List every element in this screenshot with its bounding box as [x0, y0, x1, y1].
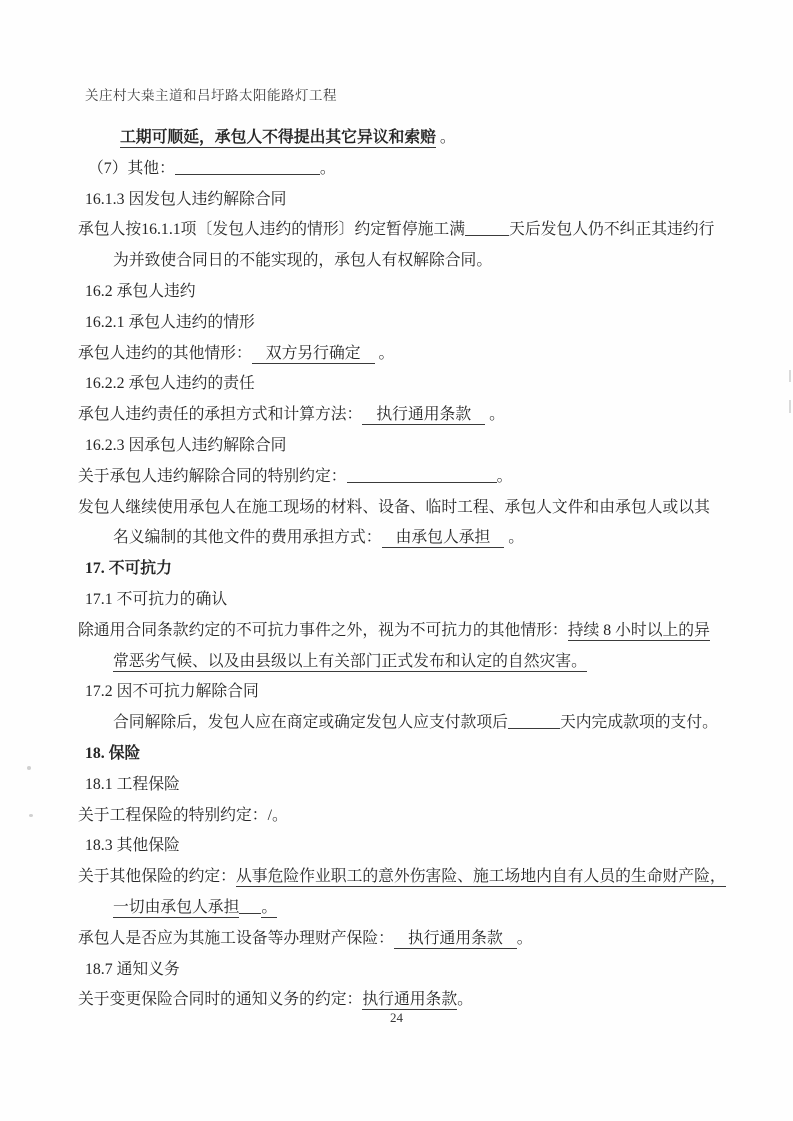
paragraph-line: 发包人继续使用承包人在施工现场的材料、设备、临时工程、承包人文件和由承包人或以其 [78, 493, 735, 524]
clause-heading: 16.2.2 承包人违约的责任 [85, 375, 255, 392]
paragraph-line: 名义编制的其他文件的费用承担方式：由承包人承担 。 [113, 523, 735, 554]
page-content: 关庄村大桒主道和吕圩路太阳能路灯工程 工期可顺延，承包人不得提出其它异议和索赔 … [78, 86, 735, 1016]
scan-speck [27, 766, 31, 770]
filled-value: 。 [261, 899, 277, 918]
scanned-contract-page: 关庄村大桒主道和吕圩路太阳能路灯工程 工期可顺延，承包人不得提出其它异议和索赔 … [0, 0, 793, 1121]
paragraph-line: 18.3 其他保险 [85, 831, 735, 862]
paragraph-line: 18.1 工程保险 [85, 770, 735, 801]
clause-text: 天后发包人仍不纠正其违约行 [509, 221, 714, 238]
clause-heading: 16.1.3 因发包人违约解除合同 [85, 191, 286, 208]
paragraph-line: 一切由承包人承担。 [113, 893, 735, 924]
clause-text: 。 [504, 529, 524, 546]
paragraph-line: 承包人按16.1.1项〔发包人违约的情形〕约定暂停施工满天后发包人仍不纠正其违约… [78, 215, 735, 246]
paragraph-line: （7）其他：。 [88, 154, 735, 185]
clause-text: 承包人违约的其他情形： [78, 345, 252, 362]
filled-value: 常恶劣气候、以及由县级以上有关部门正式发布和认定的自然灾害。 [113, 653, 587, 672]
paragraph-line: 16.2.2 承包人违约的责任 [85, 369, 735, 400]
clause-text: （7）其他： [88, 160, 175, 177]
clause-text: 。 [375, 345, 395, 362]
clause-text: 合同解除后，发包人应在商定或确定发包人应支付款项后 [113, 714, 508, 731]
scan-edge-artifact [789, 400, 791, 413]
paragraph-line: 工期可顺延，承包人不得提出其它异议和索赔 。 [120, 123, 735, 154]
clause-heading: 17.1 不可抗力的确认 [85, 591, 227, 608]
filled-value: 双方另行确定 [252, 345, 375, 364]
clause-text: 关于变更保险合同时的通知义务的约定： [78, 991, 362, 1008]
clause-text: 为并致使合同日的不能实现的，承包人有权解除合同。 [113, 252, 492, 269]
paragraph-line: 承包人违约的其他情形：双方另行确定 。 [78, 339, 735, 370]
clause-text: 关于承包人违约解除合同的特别约定： [78, 468, 347, 485]
paragraph-line: 16.2.1 承包人违约的情形 [85, 308, 735, 339]
page-number: 24 [0, 1010, 793, 1026]
filled-value: 一切由承包人承担 [113, 899, 239, 918]
paragraph-line: 18. 保险 [85, 739, 735, 770]
clause-text: 天内完成款项的支付。 [560, 714, 718, 731]
section-heading: 17. 不可抗力 [85, 560, 172, 577]
clause-text: 承包人违约责任的承担方式和计算方法： [78, 406, 362, 423]
filled-value: 执行通用条款 [362, 406, 485, 425]
clause-heading: 18.3 其他保险 [85, 837, 180, 854]
clause-text: 。 [320, 160, 336, 177]
clause-text: 发包人继续使用承包人在施工现场的材料、设备、临时工程、承包人文件和由承包人或以其 [78, 499, 710, 516]
clause-text: 关于其他保险的约定： [78, 868, 236, 885]
blank-field [508, 714, 560, 729]
clause-text: 承包人是否应为其施工设备等办理财产保险： [78, 930, 394, 947]
project-title-header: 关庄村大桒主道和吕圩路太阳能路灯工程 [85, 86, 735, 106]
scan-speck [29, 814, 33, 817]
paragraph-line: 为并致使合同日的不能实现的，承包人有权解除合同。 [113, 246, 735, 277]
paragraph-line: 承包人是否应为其施工设备等办理财产保险：执行通用条款。 [78, 924, 735, 955]
paragraph-line: 16.2.3 因承包人违约解除合同 [85, 431, 735, 462]
paragraph-line: 关于承包人违约解除合同的特别约定：。 [78, 462, 735, 493]
scan-edge-artifact [789, 370, 791, 382]
paragraph-line: 常恶劣气候、以及由县级以上有关部门正式发布和认定的自然灾害。 [113, 647, 735, 678]
paragraph-line: 合同解除后，发包人应在商定或确定发包人应支付款项后天内完成款项的支付。 [113, 708, 735, 739]
clause-text: 除通用合同条款约定的不可抗力事件之外，视为不可抗力的其他情形： [78, 622, 568, 639]
paragraph-line: 17.2 因不可抗力解除合同 [85, 677, 735, 708]
filled-value: 执行通用条款 [362, 991, 457, 1010]
clause-text: 名义编制的其他文件的费用承担方式： [113, 529, 382, 546]
paragraph-line: 关于其他保险的约定：从事危险作业职工的意外伤害险、施工场地内自有人员的生命财产险… [78, 862, 735, 893]
clause-heading: 18.1 工程保险 [85, 776, 180, 793]
paragraph-line: 承包人违约责任的承担方式和计算方法：执行通用条款 。 [78, 400, 735, 431]
paragraph-line: 关于工程保险的特别约定：/。 [78, 801, 735, 832]
clause-heading: 17.2 因不可抗力解除合同 [85, 683, 259, 700]
paragraph-line: 16.2 承包人违约 [85, 277, 735, 308]
blank-field [465, 221, 509, 236]
filled-value: 从事危险作业职工的意外伤害险、施工场地内自有人员的生命财产险， [236, 868, 726, 887]
clause-heading: 16.2 承包人违约 [85, 283, 196, 300]
clause-text: 关于工程保险的特别约定：/。 [78, 807, 288, 824]
clause-text: 。 [485, 406, 505, 423]
blank-field [347, 468, 497, 483]
filled-value: 工期可顺延，承包人不得提出其它异议和索赔 [120, 129, 436, 148]
filled-value: 由承包人承担 [382, 529, 505, 548]
paragraph-line: 17. 不可抗力 [85, 554, 735, 585]
paragraph-line: 17.1 不可抗力的确认 [85, 585, 735, 616]
document-lines: 工期可顺延，承包人不得提出其它异议和索赔 。（7）其他：。16.1.3 因发包人… [78, 123, 735, 1016]
paragraph-line: 18.7 通知义务 [85, 955, 735, 986]
clause-heading: 18.7 通知义务 [85, 961, 180, 978]
clause-heading: 16.2.3 因承包人违约解除合同 [85, 437, 286, 454]
paragraph-line: 16.1.3 因发包人违约解除合同 [85, 185, 735, 216]
clause-heading: 16.2.1 承包人违约的情形 [85, 314, 255, 331]
clause-text: 。 [436, 129, 456, 146]
filled-value: 持续 8 小时以上的异 [568, 622, 710, 641]
clause-text: 承包人按16.1.1项〔发包人违约的情形〕约定暂停施工满 [78, 221, 465, 238]
clause-text: 。 [517, 930, 533, 947]
blank-field [239, 899, 261, 914]
clause-text: 。 [457, 991, 473, 1008]
paragraph-line: 除通用合同条款约定的不可抗力事件之外，视为不可抗力的其他情形：持续 8 小时以上… [78, 616, 735, 647]
clause-text: 。 [497, 468, 513, 485]
section-heading: 18. 保险 [85, 745, 140, 762]
filled-value: 执行通用条款 [394, 930, 517, 949]
blank-field [175, 160, 320, 175]
